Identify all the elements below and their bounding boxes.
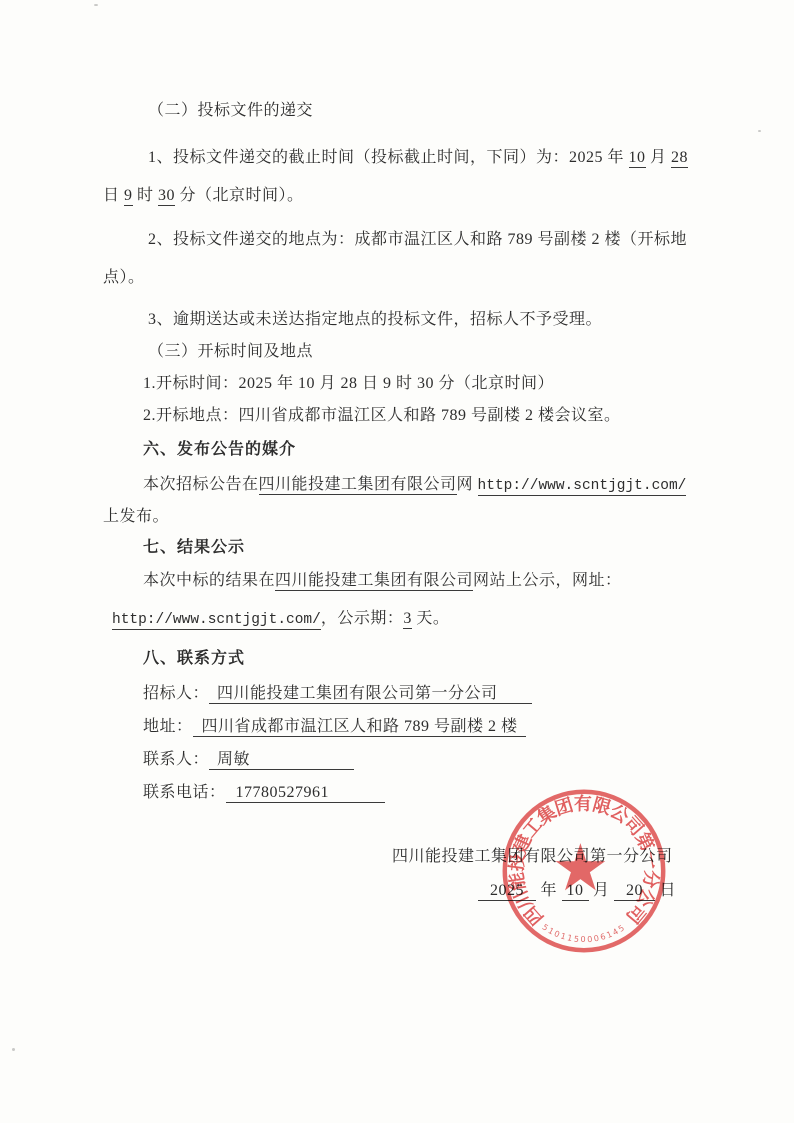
section-title-announcement-media: 六、发布公告的媒介 [143, 440, 296, 460]
announcement-media-line: 本次招标公告在四川能投建工集团有限公司网 http://www.scntjgjt… [143, 475, 686, 496]
result-url-underlined: http://www.scntjgjt.com/ [112, 612, 321, 630]
result-text-c: ，公示期： [321, 610, 404, 627]
deadline-day-unit: 日 [103, 187, 124, 204]
contact-label: 联系人： [143, 751, 209, 768]
scan-speck [758, 130, 761, 132]
result-text-a: 本次中标的结果在 [143, 572, 275, 589]
media-url-underlined: http://www.scntjgjt.com/ [478, 478, 687, 496]
tenderer-value-underlined: 四川能投建工集团有限公司第一分公司 [209, 685, 532, 704]
address-label: 地址： [143, 718, 193, 735]
deadline-day-underlined: 28 [671, 149, 688, 168]
contact-person-row: 联系人：周敏 [143, 750, 354, 770]
deadline-paragraph-line2: 日 9 时 30 分（北京时间）。 [103, 186, 304, 206]
deadline-hour-underlined: 9 [124, 187, 133, 206]
media-text-b: 网 [457, 476, 478, 493]
result-text-b: 网站上公示，网址： [473, 572, 622, 589]
scan-speck [12, 1048, 15, 1051]
result-publicity-line2: http://www.scntjgjt.com/，公示期：3 天。 [112, 609, 449, 630]
media-company-underlined: 四川能投建工集团有限公司 [259, 476, 457, 495]
deadline-hour-unit: 时 [133, 187, 159, 204]
seal-serial-number: 5101150006145 [540, 922, 627, 945]
result-days-underlined: 3 [403, 610, 412, 629]
result-company-underlined: 四川能投建工集团有限公司 [275, 572, 473, 591]
deadline-paragraph-line1: 1、投标文件递交的截止时间（投标截止时间，下同）为：2025 年 10 月 28 [148, 148, 688, 168]
subsection-title-bid-submission: （二）投标文件的递交 [148, 101, 313, 121]
deadline-minute-underlined: 30 [158, 187, 175, 206]
deadline-month-underlined: 10 [629, 149, 646, 168]
deadline-month-unit: 月 [646, 149, 672, 166]
contact-value-underlined: 周敏 [209, 751, 354, 770]
opening-place-line: 2.开标地点：四川省成都市温江区人和路 789 号副楼 2 楼会议室。 [143, 406, 621, 426]
tenderer-label: 招标人： [143, 685, 209, 702]
subsection-title-bid-opening: （三）开标时间及地点 [148, 342, 313, 362]
phone-value-underlined: 17780527961 [226, 784, 386, 803]
phone-label: 联系电话： [143, 784, 226, 801]
deadline-timezone: 分（北京时间）。 [175, 187, 304, 204]
seal-star-icon [556, 843, 606, 890]
document-page: （二）投标文件的递交 1、投标文件递交的截止时间（投标截止时间，下同）为：202… [0, 0, 794, 1123]
deadline-text: 1、投标文件递交的截止时间（投标截止时间，下同）为：2025 年 [148, 149, 629, 166]
opening-time-line: 1.开标时间：2025 年 10 月 28 日 9 时 30 分（北京时间） [143, 374, 554, 394]
tenderer-row: 招标人：四川能投建工集团有限公司第一分公司 [143, 684, 532, 704]
section-title-contact: 八、联系方式 [143, 649, 245, 669]
late-delivery-clause: 3、逾期送达或未送达指定地点的投标文件，招标人不予受理。 [148, 310, 602, 330]
result-text-d: 天。 [412, 610, 450, 627]
address-row: 地址：四川省成都市温江区人和路 789 号副楼 2 楼 [143, 717, 526, 737]
result-publicity-line1: 本次中标的结果在四川能投建工集团有限公司网站上公示，网址： [143, 571, 622, 591]
phone-row: 联系电话：17780527961 [143, 783, 385, 803]
scan-speck [94, 4, 98, 6]
media-text-a: 本次招标公告在 [143, 476, 259, 493]
section-title-result-publicity: 七、结果公示 [143, 538, 245, 558]
submission-place-line1: 2、投标文件递交的地点为：成都市温江区人和路 789 号副楼 2 楼（开标地 [148, 230, 687, 250]
company-seal: 四川能投建工集团有限公司第一分公司 5101150006145 [494, 781, 674, 961]
announcement-media-line2: 上发布。 [103, 507, 169, 527]
address-value-underlined: 四川省成都市温江区人和路 789 号副楼 2 楼 [193, 718, 526, 737]
submission-place-line2: 点）。 [103, 268, 145, 288]
